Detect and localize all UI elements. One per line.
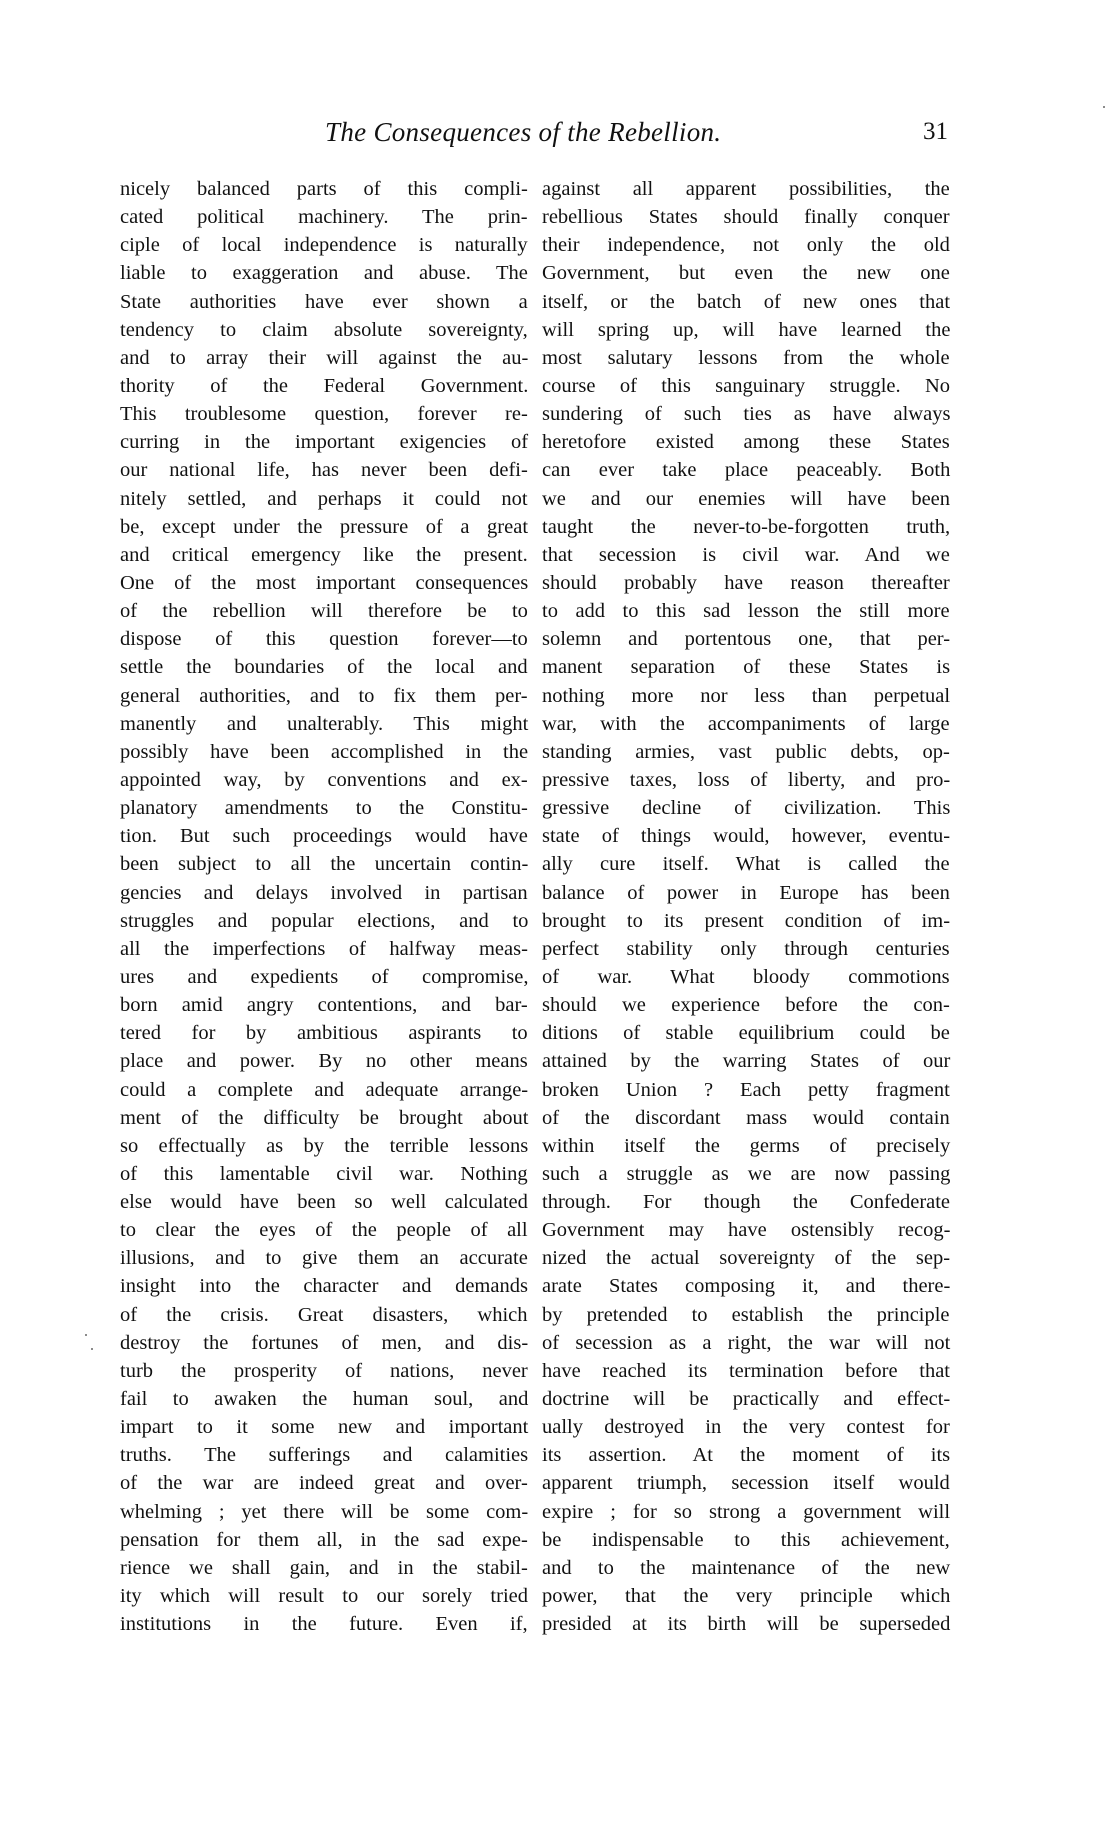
text-line: ment of the difficulty be brought about bbox=[120, 1104, 528, 1132]
text-line: insight into the character and demands bbox=[120, 1272, 528, 1300]
text-line: most salutary lessons from the whole bbox=[542, 344, 950, 372]
text-line: tion. But such proceedings would have bbox=[120, 822, 528, 850]
text-line: through. For though the Confederate bbox=[542, 1188, 950, 1216]
text-line: turb the prosperity of nations, never bbox=[120, 1357, 528, 1385]
text-line: appointed way, by conventions and ex- bbox=[120, 766, 528, 794]
text-line: nitely settled, and perhaps it could not bbox=[120, 485, 528, 513]
text-line: and to array their will against the au- bbox=[120, 344, 528, 372]
text-line: such a struggle as we are now passing bbox=[542, 1160, 950, 1188]
text-line: of this lamentable civil war. Nothing bbox=[120, 1160, 528, 1188]
text-line: broken Union ? Each petty fragment bbox=[542, 1076, 950, 1104]
text-line: that secession is civil war. And we bbox=[542, 541, 950, 569]
text-line: of the war are indeed great and over- bbox=[120, 1469, 528, 1497]
right-column: against all apparent possibilities, ther… bbox=[542, 175, 950, 1638]
text-line: of the rebellion will therefore be to bbox=[120, 597, 528, 625]
text-line: tered for by ambitious aspirants to bbox=[120, 1019, 528, 1047]
text-line: place and power. By no other means bbox=[120, 1047, 528, 1075]
text-line: manently and unalterably. This might bbox=[120, 710, 528, 738]
text-line: fail to awaken the human soul, and bbox=[120, 1385, 528, 1413]
text-line: apparent triumph, secession itself would bbox=[542, 1469, 950, 1497]
page-number: 31 bbox=[923, 112, 948, 152]
text-line: state of things would, however, eventu- bbox=[542, 822, 950, 850]
text-line: Government, but even the new one bbox=[542, 259, 950, 287]
text-line: ures and expedients of compromise, bbox=[120, 963, 528, 991]
text-line: possibly have been accomplished in the bbox=[120, 738, 528, 766]
text-line: taught the never-to-be-forgotten truth, bbox=[542, 513, 950, 541]
text-line: should probably have reason thereafter bbox=[542, 569, 950, 597]
text-line: to add to this sad lesson the still more bbox=[542, 597, 950, 625]
text-line: be indispensable to this achievement, bbox=[542, 1526, 950, 1554]
text-line: One of the most important consequences bbox=[120, 569, 528, 597]
text-line: can ever take place peaceably. Both bbox=[542, 456, 950, 484]
text-line: its assertion. At the moment of its bbox=[542, 1441, 950, 1469]
text-line: brought to its present condition of im- bbox=[542, 907, 950, 935]
text-line: by pretended to establish the principle bbox=[542, 1301, 950, 1329]
text-line: struggles and popular elections, and to bbox=[120, 907, 528, 935]
text-line: planatory amendments to the Constitu- bbox=[120, 794, 528, 822]
text-line: born amid angry contentions, and bar- bbox=[120, 991, 528, 1019]
text-line: should we experience before the con- bbox=[542, 991, 950, 1019]
text-line: solemn and portentous one, that per- bbox=[542, 625, 950, 653]
text-line: pressive taxes, loss of liberty, and pro… bbox=[542, 766, 950, 794]
text-line: gencies and delays involved in partisan bbox=[120, 879, 528, 907]
text-line: curring in the important exigencies of bbox=[120, 428, 528, 456]
text-line: could a complete and adequate arrange- bbox=[120, 1076, 528, 1104]
text-line: ually destroyed in the very contest for bbox=[542, 1413, 950, 1441]
text-line: perfect stability only through centuries bbox=[542, 935, 950, 963]
scan-speck bbox=[85, 1334, 87, 1336]
scan-speck bbox=[91, 1348, 93, 1350]
text-line: Government may have ostensibly recog- bbox=[542, 1216, 950, 1244]
running-title: The Consequences of the Rebellion. bbox=[325, 112, 721, 152]
text-line: so effectually as by the terrible lesson… bbox=[120, 1132, 528, 1160]
text-line: ity which will result to our sorely trie… bbox=[120, 1582, 528, 1610]
text-line: power, that the very principle which bbox=[542, 1582, 950, 1610]
text-line: presided at its birth will be superseded bbox=[542, 1610, 950, 1638]
text-line: be, except under the pressure of a great bbox=[120, 513, 528, 541]
text-line: nothing more nor less than perpetual bbox=[542, 682, 950, 710]
text-line: course of this sanguinary struggle. No bbox=[542, 372, 950, 400]
text-line: gressive decline of civilization. This bbox=[542, 794, 950, 822]
text-line: ally cure itself. What is called the bbox=[542, 850, 950, 878]
text-line: nized the actual sovereignty of the sep- bbox=[542, 1244, 950, 1272]
text-line: itself, or the batch of new ones that bbox=[542, 288, 950, 316]
text-line: balance of power in Europe has been bbox=[542, 879, 950, 907]
text-line: we and our enemies will have been bbox=[542, 485, 950, 513]
text-line: expire ; for so strong a government will bbox=[542, 1498, 950, 1526]
text-line: all the imperfections of halfway meas- bbox=[120, 935, 528, 963]
text-line: sundering of such ties as have always bbox=[542, 400, 950, 428]
text-line: of war. What bloody commotions bbox=[542, 963, 950, 991]
text-line: rebellious States should finally conquer bbox=[542, 203, 950, 231]
text-line: tendency to claim absolute sovereignty, bbox=[120, 316, 528, 344]
text-line: settle the boundaries of the local and bbox=[120, 653, 528, 681]
text-line: pensation for them all, in the sad expe- bbox=[120, 1526, 528, 1554]
text-line: ciple of local independence is naturally bbox=[120, 231, 528, 259]
scan-speck bbox=[1103, 106, 1105, 108]
text-line: rience we shall gain, and in the stabil- bbox=[120, 1554, 528, 1582]
text-line: been subject to all the uncertain contin… bbox=[120, 850, 528, 878]
text-line: illusions, and to give them an accurate bbox=[120, 1244, 528, 1272]
text-line: and critical emergency like the present. bbox=[120, 541, 528, 569]
text-line: thority of the Federal Government. bbox=[120, 372, 528, 400]
text-line: manent separation of these States is bbox=[542, 653, 950, 681]
text-line: heretofore existed among these States bbox=[542, 428, 950, 456]
text-line: truths. The sufferings and calamities bbox=[120, 1441, 528, 1469]
text-line: and to the maintenance of the new bbox=[542, 1554, 950, 1582]
left-column: nicely balanced parts of this compli-cat… bbox=[120, 175, 528, 1638]
text-line: State authorities have ever shown a bbox=[120, 288, 528, 316]
text-line: their independence, not only the old bbox=[542, 231, 950, 259]
text-line: of secession as a right, the war will no… bbox=[542, 1329, 950, 1357]
text-line: This troublesome question, forever re- bbox=[120, 400, 528, 428]
text-line: dispose of this question forever—to bbox=[120, 625, 528, 653]
text-line: destroy the fortunes of men, and dis- bbox=[120, 1329, 528, 1357]
text-line: of the discordant mass would contain bbox=[542, 1104, 950, 1132]
text-line: of the crisis. Great disasters, which bbox=[120, 1301, 528, 1329]
text-line: general authorities, and to fix them per… bbox=[120, 682, 528, 710]
text-line: attained by the warring States of our bbox=[542, 1047, 950, 1075]
text-line: impart to it some new and important bbox=[120, 1413, 528, 1441]
text-line: to clear the eyes of the people of all bbox=[120, 1216, 528, 1244]
text-line: standing armies, vast public debts, op- bbox=[542, 738, 950, 766]
text-line: nicely balanced parts of this compli- bbox=[120, 175, 528, 203]
page-header: The Consequences of the Rebellion. 31 bbox=[120, 112, 950, 152]
text-line: within itself the germs of precisely bbox=[542, 1132, 950, 1160]
text-line: against all apparent possibilities, the bbox=[542, 175, 950, 203]
text-line: liable to exaggeration and abuse. The bbox=[120, 259, 528, 287]
text-line: whelming ; yet there will be some com- bbox=[120, 1498, 528, 1526]
text-line: war, with the accompaniments of large bbox=[542, 710, 950, 738]
text-line: arate States composing it, and there- bbox=[542, 1272, 950, 1300]
text-line: cated political machinery. The prin- bbox=[120, 203, 528, 231]
text-line: ditions of stable equilibrium could be bbox=[542, 1019, 950, 1047]
text-line: else would have been so well calculated bbox=[120, 1188, 528, 1216]
text-line: have reached its termination before that bbox=[542, 1357, 950, 1385]
text-line: institutions in the future. Even if, bbox=[120, 1610, 528, 1638]
text-line: our national life, has never been defi- bbox=[120, 456, 528, 484]
text-line: doctrine will be practically and effect- bbox=[542, 1385, 950, 1413]
text-line: will spring up, will have learned the bbox=[542, 316, 950, 344]
